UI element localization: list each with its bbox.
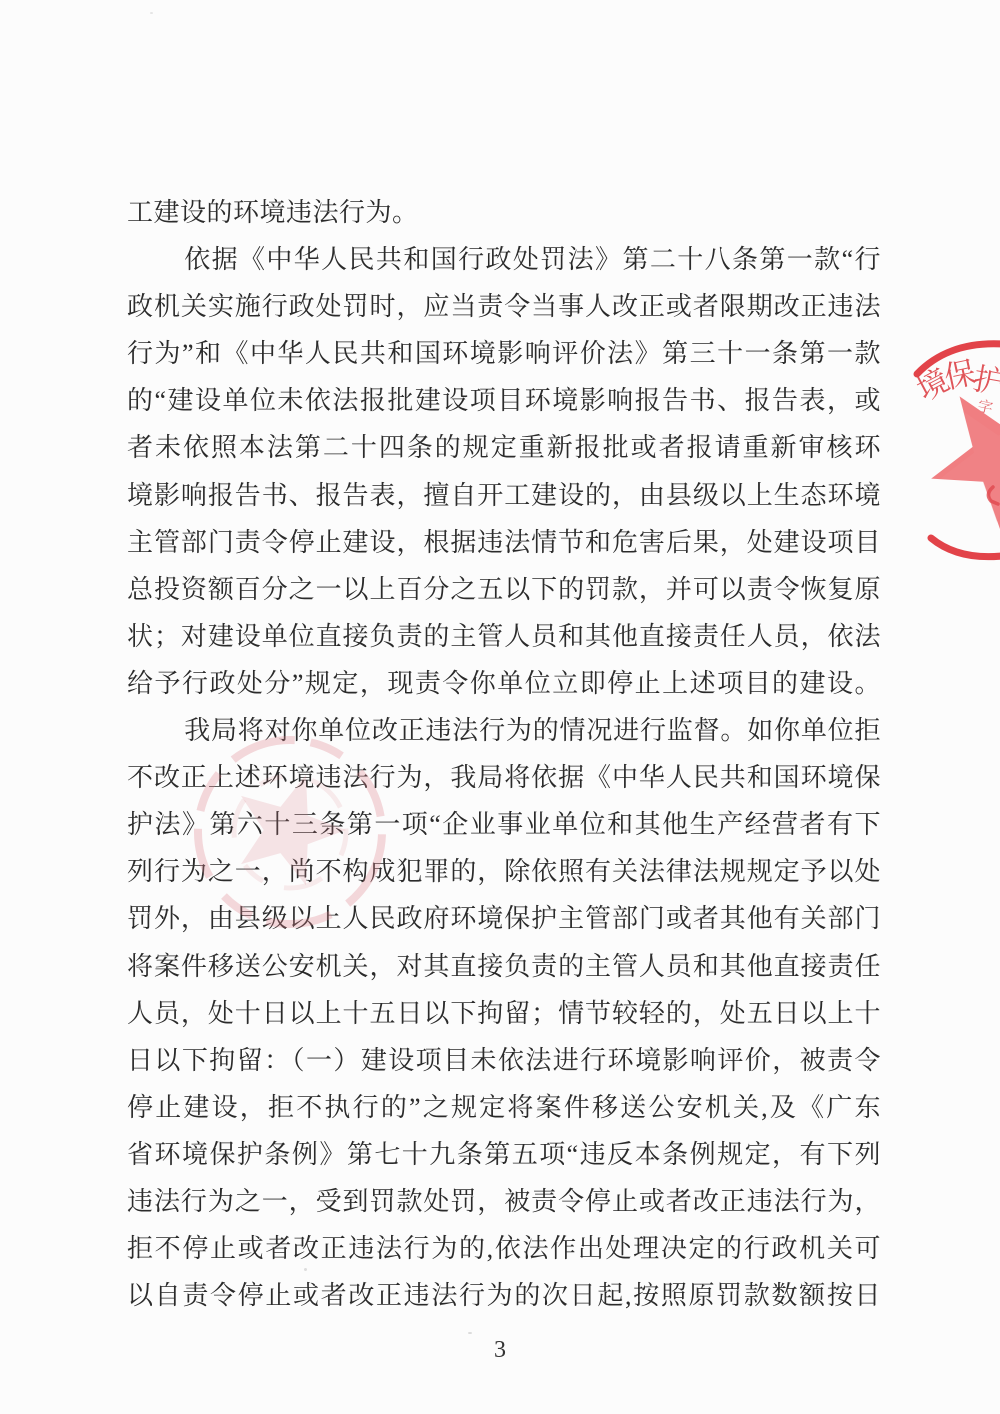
text-line: 主管部门责令停止建设，根据违法情节和危害后果，处建设项目 bbox=[127, 519, 881, 566]
page-number: 3 bbox=[0, 1337, 1000, 1364]
bleed-through-seal bbox=[180, 725, 402, 940]
text-line: 给予行政处分”规定，现责令你单位立即停止上述项目的建设。 bbox=[127, 660, 881, 707]
text-line: 依据《中华人民共和国行政处罚法》第二十八条第一款“行 bbox=[127, 236, 881, 283]
text-line: 日以下拘留：（一）建设项目未依法进行环境影响评价，被责令 bbox=[127, 1037, 881, 1084]
text-line: 停止建设，拒不执行的”之规定将案件移送公安机关,及《广东 bbox=[127, 1084, 881, 1131]
text-line: 者未依照本法第二十四条的规定重新报批或者报请重新审核环 bbox=[127, 424, 881, 471]
text-line: 拒不停止或者改正违法行为的,依法作出处理决定的行政机关可 bbox=[127, 1225, 881, 1272]
text-line: 的“建设单位未依法报批建设项目环境影响报告书、报告表，或 bbox=[127, 377, 881, 424]
scan-speck bbox=[150, 12, 153, 14]
text-line: 状；对建设单位直接负责的主管人员和其他直接责任人员，依法 bbox=[127, 613, 881, 660]
text-line: 行为”和《中华人民共和国环境影响评价法》第三十一条第一款 bbox=[127, 330, 881, 377]
seal-ring-bottom-arc bbox=[931, 538, 1000, 557]
scan-speck bbox=[468, 1332, 472, 1334]
text-line: 境影响报告书、报告表，擅自开工建设的，由县级以上生态环境 bbox=[127, 472, 881, 519]
text-line: 总投资额百分之一以上百分之五以下的罚款，并可以责令恢复原 bbox=[127, 566, 881, 613]
text-line: 人员，处十日以上十五日以下拘留；情节较轻的，处五日以上十 bbox=[127, 990, 881, 1037]
text-line: 以自责令停止或者改正违法行为的次日起,按照原罚款数额按日 bbox=[127, 1272, 881, 1319]
text-line: 将案件移送公安机关，对其直接负责的主管人员和其他直接责任 bbox=[127, 943, 881, 990]
scan-speck bbox=[304, 1268, 307, 1271]
official-seal-stamp: 境保护字 bbox=[852, 328, 1000, 578]
bleed-seal-star bbox=[221, 758, 358, 892]
text-line: 政机关实施行政处罚时，应当责令当事人改正或者限期改正违法 bbox=[127, 283, 881, 330]
text-line: 工建设的环境违法行为。 bbox=[127, 189, 881, 236]
text-line: 违法行为之一，受到罚款处罚，被责令停止或者改正违法行为， bbox=[127, 1178, 881, 1225]
seal-character: 护 bbox=[971, 361, 1000, 401]
text-line: 省环境保护条例》第七十九条第五项“违反本条例规定，有下列 bbox=[127, 1131, 881, 1178]
